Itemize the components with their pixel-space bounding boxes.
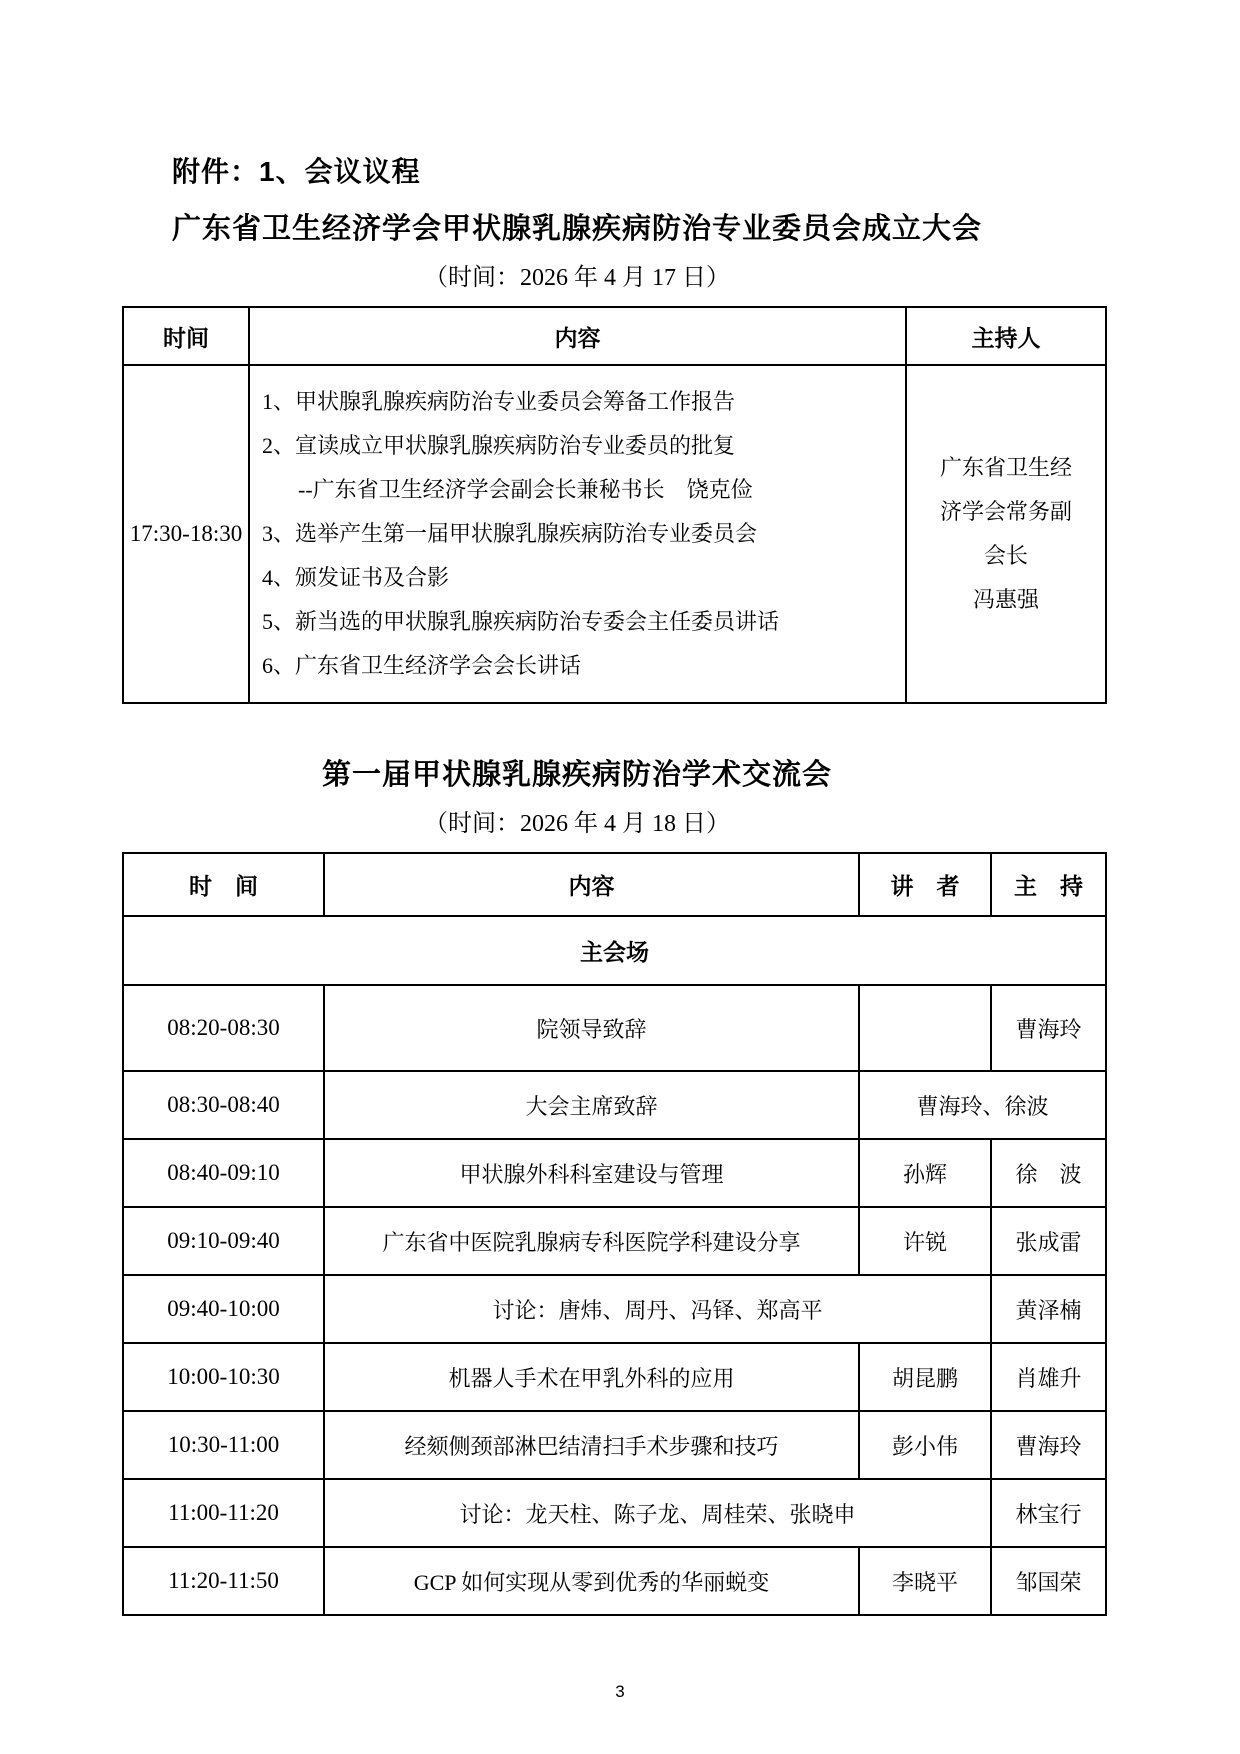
section1-title: 广东省卫生经济学会甲状腺乳腺疾病防治专业委员会成立大会 [122,206,1032,247]
host-cell: 邹国荣 [991,1547,1106,1615]
table2-header-host: 主 持 [991,853,1106,916]
host-cell: 黄泽楠 [991,1275,1106,1343]
table-row: 10:30-11:00 经颏侧颈部淋巴结清扫手术步骤和技巧 彭小伟 曹海玲 [123,1411,1106,1479]
agenda-item: 3、选举产生第一届甲状腺乳腺疾病防治专业委员会 [250,512,905,556]
table1-header-host: 主持人 [906,307,1106,365]
table-row: 11:00-11:20 讨论：龙天柱、陈子龙、周桂荣、张晓申 林宝行 [123,1479,1106,1547]
speaker-host-cell: 曹海玲、徐波 [859,1071,1106,1139]
table-row: 08:20-08:30 院领导致辞 曹海玲 [123,985,1106,1071]
section2-date: （时间：2026 年 4 月 18 日） [122,803,1032,838]
time-cell: 08:40-09:10 [123,1139,324,1207]
time-cell: 09:40-10:00 [123,1275,324,1343]
table1-header-row: 时间 内容 主持人 [123,307,1106,365]
agenda-item: 6、广东省卫生经济学会会长讲话 [250,644,905,688]
speaker-cell: 李晓平 [859,1547,991,1615]
host-cell: 张成雷 [991,1207,1106,1275]
table-row: 10:00-10:30 机器人手术在甲乳外科的应用 胡昆鹏 肖雄升 [123,1343,1106,1411]
speaker-cell [859,985,991,1071]
host-cell: 林宝行 [991,1479,1106,1547]
content-cell: 1、甲状腺乳腺疾病防治专业委员会筹备工作报告 2、宣读成立甲状腺乳腺疾病防治专业… [249,365,906,703]
document-page: 附件：1、会议议程 广东省卫生经济学会甲状腺乳腺疾病防治专业委员会成立大会 （时… [0,0,1240,1754]
time-cell: 11:00-11:20 [123,1479,324,1547]
agenda-item: 2、宣读成立甲状腺乳腺疾病防治专业委员的批复 [250,424,905,468]
speaker-cell: 彭小伟 [859,1411,991,1479]
section2-header-block: 第一届甲状腺乳腺疾病防治学术交流会 （时间：2026 年 4 月 18 日） [122,752,1032,838]
table2-header-time: 时 间 [123,853,324,916]
table-row: 08:40-09:10 甲状腺外科科室建设与管理 孙辉 徐 波 [123,1139,1106,1207]
host-text-line: 会长 [907,534,1105,578]
session-row: 主会场 [123,916,1106,985]
section1-date: （时间：2026 年 4 月 17 日） [122,257,1032,292]
time-cell: 08:30-08:40 [123,1071,324,1139]
content-cell: 讨论：龙天柱、陈子龙、周桂荣、张晓申 [324,1479,991,1547]
page-number: 3 [0,1682,1240,1702]
table1-header-time: 时间 [123,307,249,365]
agenda-item-subline: --广东省卫生经济学会副会长兼秘书长 饶克俭 [250,468,905,512]
document-content: 附件：1、会议议程 广东省卫生经济学会甲状腺乳腺疾病防治专业委员会成立大会 （时… [122,0,1105,1616]
content-cell: 院领导致辞 [324,985,859,1071]
time-cell: 11:20-11:50 [123,1547,324,1615]
content-cell: 大会主席致辞 [324,1071,859,1139]
host-cell: 肖雄升 [991,1343,1106,1411]
host-cell: 曹海玲 [991,1411,1106,1479]
table-row: 09:10-09:40 广东省中医院乳腺病专科医院学科建设分享 许锐 张成雷 [123,1207,1106,1275]
agenda-item: 4、颁发证书及合影 [250,556,905,600]
host-cell: 徐 波 [991,1139,1106,1207]
time-cell: 10:00-10:30 [123,1343,324,1411]
content-cell: 甲状腺外科科室建设与管理 [324,1139,859,1207]
table1-body-row: 17:30-18:30 1、甲状腺乳腺疾病防治专业委员会筹备工作报告 2、宣读成… [123,365,1106,703]
time-cell: 17:30-18:30 [123,365,249,703]
host-cell: 曹海玲 [991,985,1106,1071]
academic-conference-table: 时 间 内容 讲 者 主 持 主会场 08:20-08:30 院领导致辞 曹海玲… [122,852,1107,1616]
attachment-heading: 附件：1、会议议程 [172,150,1105,190]
table-row: 09:40-10:00 讨论：唐炜、周丹、冯铎、郑高平 黄泽楠 [123,1275,1106,1343]
time-cell: 08:20-08:30 [123,985,324,1071]
content-cell: 讨论：唐炜、周丹、冯铎、郑高平 [324,1275,991,1343]
time-cell: 09:10-09:40 [123,1207,324,1275]
content-cell: 机器人手术在甲乳外科的应用 [324,1343,859,1411]
section1-header-block: 广东省卫生经济学会甲状腺乳腺疾病防治专业委员会成立大会 （时间：2026 年 4… [122,206,1032,292]
host-cell: 广东省卫生经 济学会常务副 会长 冯惠强 [906,365,1106,703]
host-text-line: 济学会常务副 [907,490,1105,534]
table2-header-row: 时 间 内容 讲 者 主 持 [123,853,1106,916]
content-cell: 广东省中医院乳腺病专科医院学科建设分享 [324,1207,859,1275]
speaker-cell: 胡昆鹏 [859,1343,991,1411]
time-cell: 10:30-11:00 [123,1411,324,1479]
content-cell: 经颏侧颈部淋巴结清扫手术步骤和技巧 [324,1411,859,1479]
speaker-cell: 孙辉 [859,1139,991,1207]
session-label: 主会场 [123,916,1106,985]
host-text-line: 广东省卫生经 [907,446,1105,490]
speaker-cell: 许锐 [859,1207,991,1275]
section2-title: 第一届甲状腺乳腺疾病防治学术交流会 [122,752,1032,793]
table-row: 08:30-08:40 大会主席致辞 曹海玲、徐波 [123,1071,1106,1139]
host-name: 冯惠强 [907,578,1105,622]
table2-header-speaker: 讲 者 [859,853,991,916]
content-cell: GCP 如何实现从零到优秀的华丽蜕变 [324,1547,859,1615]
table2-header-content: 内容 [324,853,859,916]
table1-header-content: 内容 [249,307,906,365]
table-row: 11:20-11:50 GCP 如何实现从零到优秀的华丽蜕变 李晓平 邹国荣 [123,1547,1106,1615]
agenda-item: 1、甲状腺乳腺疾病防治专业委员会筹备工作报告 [250,380,905,424]
agenda-item: 5、新当选的甲状腺乳腺疾病防治专委会主任委员讲话 [250,600,905,644]
founding-meeting-table: 时间 内容 主持人 17:30-18:30 1、甲状腺乳腺疾病防治专业委员会筹备… [122,306,1107,704]
